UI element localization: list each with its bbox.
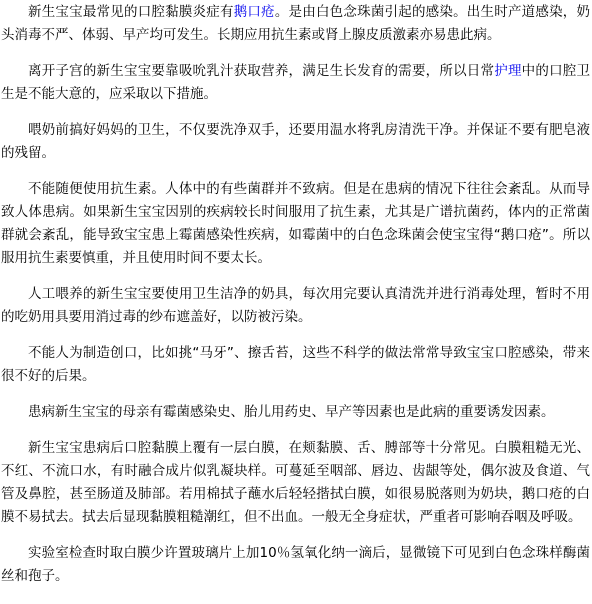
paragraph: 新生宝宝患病后口腔黏膜上覆有一层白膜，在颊黏膜、舌、膊部等十分常见。白膜粗糙无光… <box>1 437 590 529</box>
paragraph: 实验室检查时取白膜少许置玻璃片上加10％氢氧化纳一滴后，显微镜下可见到白色念珠样… <box>1 542 590 588</box>
paragraph-text: 离开子宫的新生宝宝要靠吸吮乳汁获取营养，满足生长发育的需要，所以日常 <box>28 63 494 79</box>
paragraph: 不能人为制造创口，比如挑“马牙”、擦舌苔，这些不科学的做法常常导致宝宝口腔感染，… <box>1 342 590 388</box>
paragraph: 喂奶前搞好妈妈的卫生，不仅要洗净双手，还要用温水将乳房清洗干净。并保证不要有肥皂… <box>1 119 590 165</box>
article-body: 新生宝宝最常见的口腔黏膜炎症有鹅口疮。是由白色念珠菌引起的感染。出生时产道感染，… <box>0 0 592 588</box>
paragraph-text: 实验室检查时取白膜少许置玻璃片上加10％氢氧化纳一滴后，显微镜下可见到白色念珠样… <box>1 545 590 584</box>
paragraph: 离开子宫的新生宝宝要靠吸吮乳汁获取营养，满足生长发育的需要，所以日常护理中的口腔… <box>1 60 590 106</box>
paragraph: 患病新生宝宝的母亲有霉菌感染史、胎儿用药史、早产等因素也是此病的重要诱发因素。 <box>1 401 590 424</box>
paragraph: 人工喂养的新生宝宝要使用卫生洁净的奶具，每次用完要认真清洗并进行消毒处理，暂时不… <box>1 283 590 329</box>
inline-link[interactable]: 护理 <box>494 63 521 79</box>
paragraph-text: 新生宝宝患病后口腔黏膜上覆有一层白膜，在颊黏膜、舌、膊部等十分常见。白膜粗糙无光… <box>1 440 590 525</box>
paragraph-text: 患病新生宝宝的母亲有霉菌感染史、胎儿用药史、早产等因素也是此病的重要诱发因素。 <box>28 404 555 420</box>
paragraph-text: 人工喂养的新生宝宝要使用卫生洁净的奶具，每次用完要认真清洗并进行消毒处理，暂时不… <box>1 286 590 325</box>
paragraph: 新生宝宝最常见的口腔黏膜炎症有鹅口疮。是由白色念珠菌引起的感染。出生时产道感染，… <box>1 1 590 47</box>
paragraph-text: 不能随便使用抗生素。人体中的有些菌群并不致病。但是在患病的情况下往往会紊乱。从而… <box>1 181 590 266</box>
paragraph-text: 新生宝宝最常见的口腔黏膜炎症有 <box>28 4 234 20</box>
inline-link[interactable]: 鹅口疮 <box>234 4 275 20</box>
paragraph-text: 喂奶前搞好妈妈的卫生，不仅要洗净双手，还要用温水将乳房清洗干净。并保证不要有肥皂… <box>1 122 590 161</box>
paragraph-text: 不能人为制造创口，比如挑“马牙”、擦舌苔，这些不科学的做法常常导致宝宝口腔感染，… <box>1 345 590 384</box>
paragraph: 不能随便使用抗生素。人体中的有些菌群并不致病。但是在患病的情况下往往会紊乱。从而… <box>1 178 590 270</box>
